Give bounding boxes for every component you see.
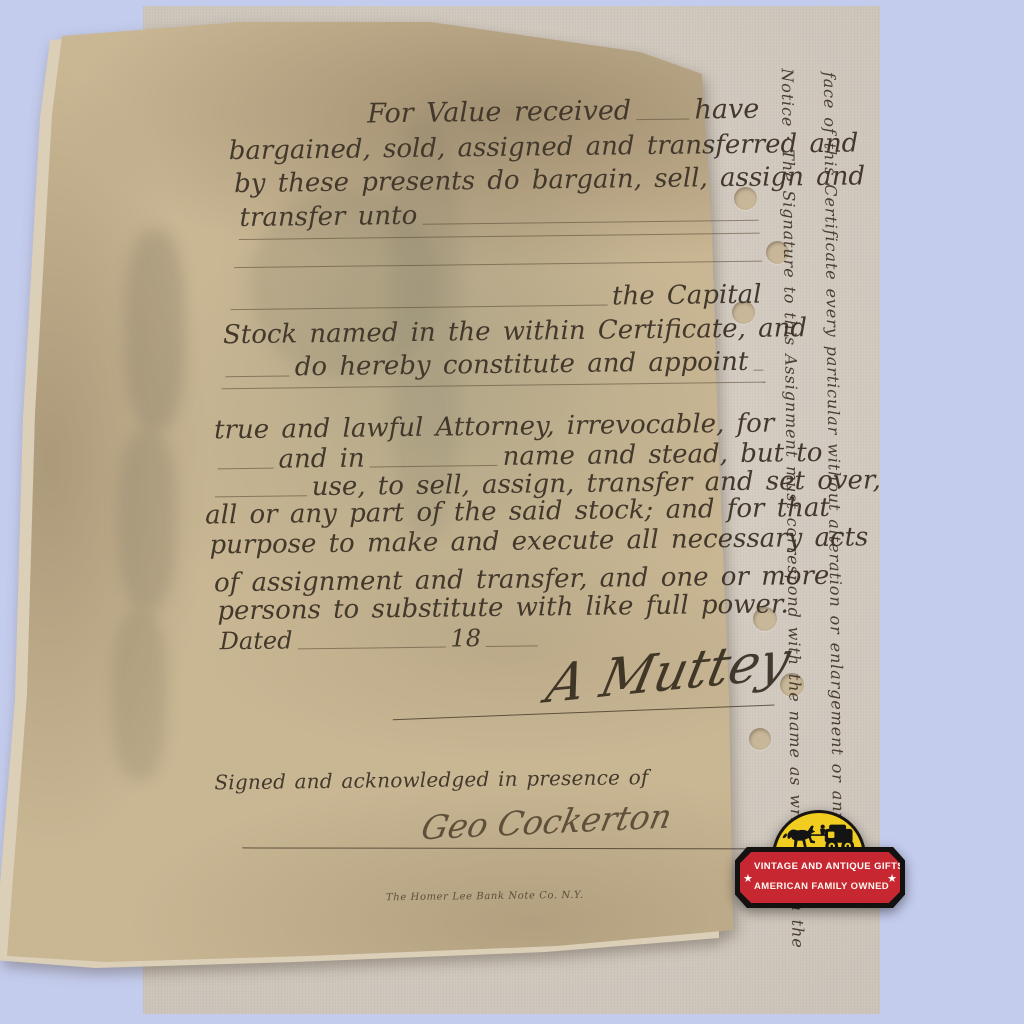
blank-line [225, 373, 289, 377]
form-text: have [694, 95, 759, 126]
badge-plaque-inner: ★ ★ VINTAGE AND ANTIQUE GIFTS AMERICAN F… [740, 852, 900, 903]
form-text: do hereby constitute and appoint [295, 347, 749, 383]
star-icon: ★ [743, 872, 753, 885]
form-line-presents: by these presents do bargain, sell, assi… [234, 161, 865, 199]
form-line-constitute: do hereby constitute and appoint [220, 347, 768, 384]
form-line-stock-named: Stock named in the within Certificate, a… [223, 313, 807, 350]
form-text: Stock named in the within Certificate, a… [223, 313, 807, 350]
badge-line-1: VINTAGE AND ANTIQUE GIFTS [754, 861, 886, 872]
blank-line [215, 493, 307, 497]
form-line-value-received: For Value received have [367, 95, 759, 130]
blank-line [218, 466, 274, 470]
form-text: Dated [220, 625, 293, 656]
form-text: For Value received [367, 96, 631, 129]
blank-line [636, 117, 689, 121]
form-blank-row [234, 231, 765, 246]
form-line-dated: Dated 18 [220, 622, 544, 656]
blank-line [298, 645, 446, 650]
form-text: by these presents do bargain, sell, assi… [234, 161, 865, 199]
blank-line [753, 368, 763, 371]
form-line-transfer-unto: transfer unto [239, 197, 763, 233]
printer-imprint: The Homer Lee Bank Note Co. N.Y. [365, 890, 605, 904]
witness-label: Signed and acknowledged in presence of [214, 765, 648, 794]
form-line-persons: persons to substitute with like full pow… [217, 589, 789, 626]
blank-line [486, 643, 538, 647]
form-text: bargained, sold, assigned and transferre… [229, 128, 859, 166]
form-text: the Capital [612, 280, 762, 312]
blank-line [422, 218, 758, 225]
blank-line [370, 463, 498, 468]
form-blank-row [229, 259, 767, 275]
blank-line [231, 303, 608, 311]
photo-frame: For Value received have bargained, sold,… [0, 0, 1024, 1024]
form-text: and in [278, 444, 365, 475]
badge-plaque: ★ ★ VINTAGE AND ANTIQUE GIFTS AMERICAN F… [735, 847, 905, 908]
witness-signature-line [242, 845, 760, 849]
form-line-the-capital: the Capital [225, 280, 761, 317]
form-text: 18 [450, 623, 481, 653]
witness-signature: Geo Cockerton [418, 796, 675, 847]
badge-line-2: AMERICAN FAMILY OWNED [754, 881, 886, 892]
form-text: transfer unto [239, 201, 417, 233]
blank-line [234, 259, 762, 268]
form-text: persons to substitute with like full pow… [217, 589, 789, 626]
form-line-bargained: bargained, sold, assigned and transferre… [229, 128, 859, 166]
